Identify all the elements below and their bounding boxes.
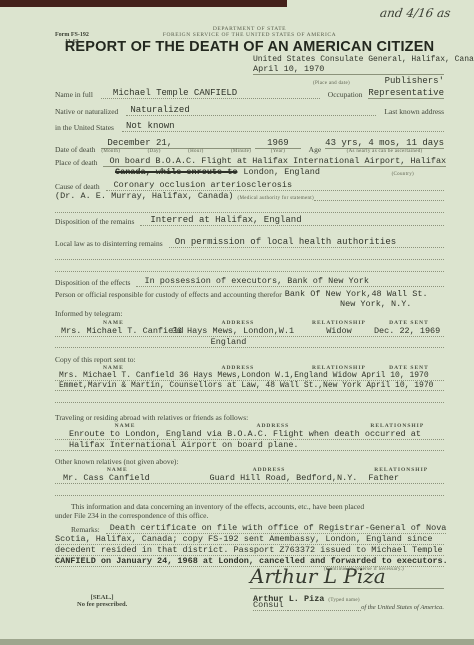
telegram-label: Informed by telegram: (55, 309, 122, 318)
doctor-value: (Dr. A. E. Murray, Halifax, Canada) (55, 191, 234, 201)
place-of-death-row: Place of death On board B.O.A.C. Flight … (55, 156, 444, 167)
in-us-row: in the United States Not known (55, 121, 444, 132)
of-united-states-caption: of the United States of America. (361, 604, 444, 611)
telegram-label-row: Informed by telegram: (55, 309, 444, 318)
seal-note: [SEAL.] (77, 594, 127, 601)
relative-address: Guard Hill Road, Bedford,N.Y. (179, 473, 358, 483)
cause-of-death-row: Cause of death Coronary occlusion arteri… (55, 180, 444, 191)
telegram-address: 36 Hays Mews, London,W.1 (172, 326, 304, 336)
death-year-value: 1969 (255, 138, 301, 149)
remarks-row: Remarks: Death certificate on file with … (55, 523, 444, 534)
copies-label: Copy of this report sent to: (55, 355, 136, 364)
native-value: Naturalized (126, 105, 376, 116)
inventory-line-1: This information and data concerning an … (55, 502, 444, 511)
blank-rule (55, 260, 444, 272)
form-number-text: Form FS-192 (55, 32, 89, 39)
custody-label: Person or official responsible for custo… (55, 290, 282, 299)
remarks-line-1: Death certificate on file with office of… (106, 523, 447, 534)
remains-label: Disposition of the remains (55, 217, 134, 226)
country-caption: (Country) (320, 172, 414, 177)
no-fee-note: No fee prescribed. (77, 601, 127, 608)
age-caption: (As nearly as can be ascertained) (325, 149, 444, 154)
disinter-value: On permission of local health authoritie… (169, 237, 444, 248)
month-caption: (Month) (101, 149, 120, 154)
relative-relationship: Father (358, 473, 444, 483)
effects-value: In possession of executors, Bank of New … (136, 276, 444, 287)
copies-label-row: Copy of this report sent to: (55, 355, 444, 364)
cause-of-death-value: Coronary occlusion arteriosclerosis (106, 180, 444, 191)
custody-row: Person or official responsible for custo… (55, 289, 444, 299)
occupation-label: Occupation (328, 90, 363, 99)
inventory-paragraph: This information and data concerning an … (55, 502, 444, 521)
handwritten-signature: Arthur L Piza (250, 564, 386, 588)
document-title: REPORT OF THE DEATH OF AN AMERICAN CITIZ… (55, 39, 444, 55)
signature-block: [SEAL.] No fee prescribed. Arthur L Piza… (55, 572, 444, 642)
medical-authority-row: (Dr. A. E. Murray, Halifax, Canada) (Med… (55, 191, 444, 201)
remarks-line-3: decedent resided in that district. Passp… (55, 545, 444, 556)
custody-value-line2: New York, N.Y. (340, 299, 411, 309)
scan-top-edge-bar (0, 0, 287, 7)
name-row: Name in full Michael Temple CANFIELD Occ… (55, 88, 444, 99)
telegram-address-line2: England (211, 337, 247, 347)
effects-row: Disposition of the effects In possession… (55, 276, 444, 287)
day-caption: (Day) (148, 149, 161, 154)
place-destination-text: London, England (243, 167, 320, 177)
traveling-line-1: Enroute to London, England via B.O.A.C. … (55, 429, 444, 440)
service-line: FOREIGN SERVICE OF THE UNITED STATES OF … (55, 32, 444, 38)
custody-row2: New York, N.Y. (55, 299, 444, 309)
form-revision-text: 11-63 (55, 39, 89, 46)
telegram-relationship: Widow (304, 326, 374, 336)
minute-caption: (Minute) (231, 149, 251, 154)
native-label: Native or naturalized (55, 107, 118, 116)
remains-value: Interred at Halifax, England (140, 215, 444, 226)
consulate-value: United States Consulate General, Halifax… (253, 55, 444, 64)
occupation-value-line2: Representative (368, 88, 444, 99)
spacer (55, 226, 444, 237)
in-us-value: Not known (122, 121, 444, 132)
form-number: Form FS-192 11-63 (55, 32, 89, 45)
scan-bottom-edge-bar (0, 639, 474, 645)
age-value: 43 yrs, 4 mos, 11 days (325, 138, 444, 149)
signer-title: Consul (253, 600, 288, 611)
year-caption: (Year) (255, 149, 301, 154)
medical-authority-caption: (Medical authority for statement) (238, 196, 314, 201)
relatives-data-row: Mr. Cass Canfield Guard Hill Road, Bedfo… (55, 473, 444, 484)
blank-rule (55, 484, 444, 496)
place-of-death-row2: Canada, while enroute to London, England… (55, 167, 444, 177)
effects-label: Disposition of the effects (55, 278, 130, 287)
telegram-data-row2: England (55, 337, 444, 348)
name-label: Name in full (55, 90, 93, 99)
hour-caption: (Hour) (188, 149, 203, 154)
report-date-value: April 10, 1970 (253, 64, 444, 75)
blank-rule (55, 248, 444, 260)
blank-rule (55, 391, 444, 403)
last-known-address-label: Last known address (384, 107, 444, 116)
name-value: Michael Temple CANFIELD (101, 88, 320, 99)
form-content: Form FS-192 11-63 DEPARTMENT OF STATE FO… (55, 26, 444, 642)
relatives-label-row: Other known relatives (not given above): (55, 457, 444, 466)
relatives-label: Other known relatives (not given above): (55, 457, 179, 466)
handwritten-margin-name: CANFIELD, Michael T. (456, 0, 472, 60)
relative-name: Mr. Cass Canfield (55, 473, 179, 483)
occupation-value-line1: Publishers' (350, 76, 444, 86)
telegram-name: Mrs. Michael T. Canfield (55, 326, 172, 336)
handwritten-filing-note: and 4/16 as (379, 6, 451, 20)
telegram-date-sent: Dec. 22, 1969 (374, 326, 444, 336)
age-label: Age (309, 145, 322, 154)
disinter-label: Local law as to disinterring remains (55, 239, 163, 248)
remarks-label: Remarks: (71, 525, 100, 534)
date-of-death-value: December 21, (101, 138, 251, 149)
cause-of-death-label: Cause of death (55, 182, 100, 191)
date-of-death-label: Date of death (55, 145, 95, 154)
traveling-label: Traveling or residing abroad with relati… (55, 413, 248, 422)
death-report-document: and 4/16 as CANFIELD, Michael T. Form FS… (0, 0, 474, 645)
blank-rule (314, 191, 444, 201)
traveling-label-row: Traveling or residing abroad with relati… (55, 413, 444, 422)
inventory-line-2: under File 234 in the correspondence of … (55, 511, 444, 520)
place-of-death-value: On board B.O.A.C. Flight at Halifax Inte… (103, 156, 446, 167)
native-row: Native or naturalized Naturalized Last k… (55, 105, 444, 116)
disinter-row: Local law as to disinterring remains On … (55, 237, 444, 248)
remarks-line-2: Scotia, Halifax, Canada; copy FS-192 sen… (55, 534, 444, 545)
in-us-label: in the United States (55, 123, 114, 132)
copies-row-2: Emmet,Marvin & Martin, Counsellors at La… (55, 381, 444, 391)
traveling-line-2: Halifax International Airport on board p… (55, 440, 444, 451)
spacer (55, 403, 444, 413)
date-of-death-row: Date of death December 21, (Month) (Day)… (55, 138, 444, 154)
blank-rule (55, 201, 444, 213)
place-date-block: United States Consulate General, Halifax… (253, 55, 444, 86)
blank-rule (288, 602, 361, 611)
telegram-data-row: Mrs. Michael T. Canfield 36 Hays Mews, L… (55, 326, 444, 337)
custody-value-line1: Bank Of New York,48 Wall St. (285, 289, 428, 299)
remains-row: Disposition of the remains Interred at H… (55, 215, 444, 226)
place-date-caption: (Place and date) (313, 81, 350, 86)
place-struck-text: Canada, while enroute to (115, 167, 237, 177)
copies-row-1: Mrs. Michael T. Canfield 36 Hays Mews,Lo… (55, 371, 444, 381)
place-of-death-label: Place of death (55, 158, 97, 167)
